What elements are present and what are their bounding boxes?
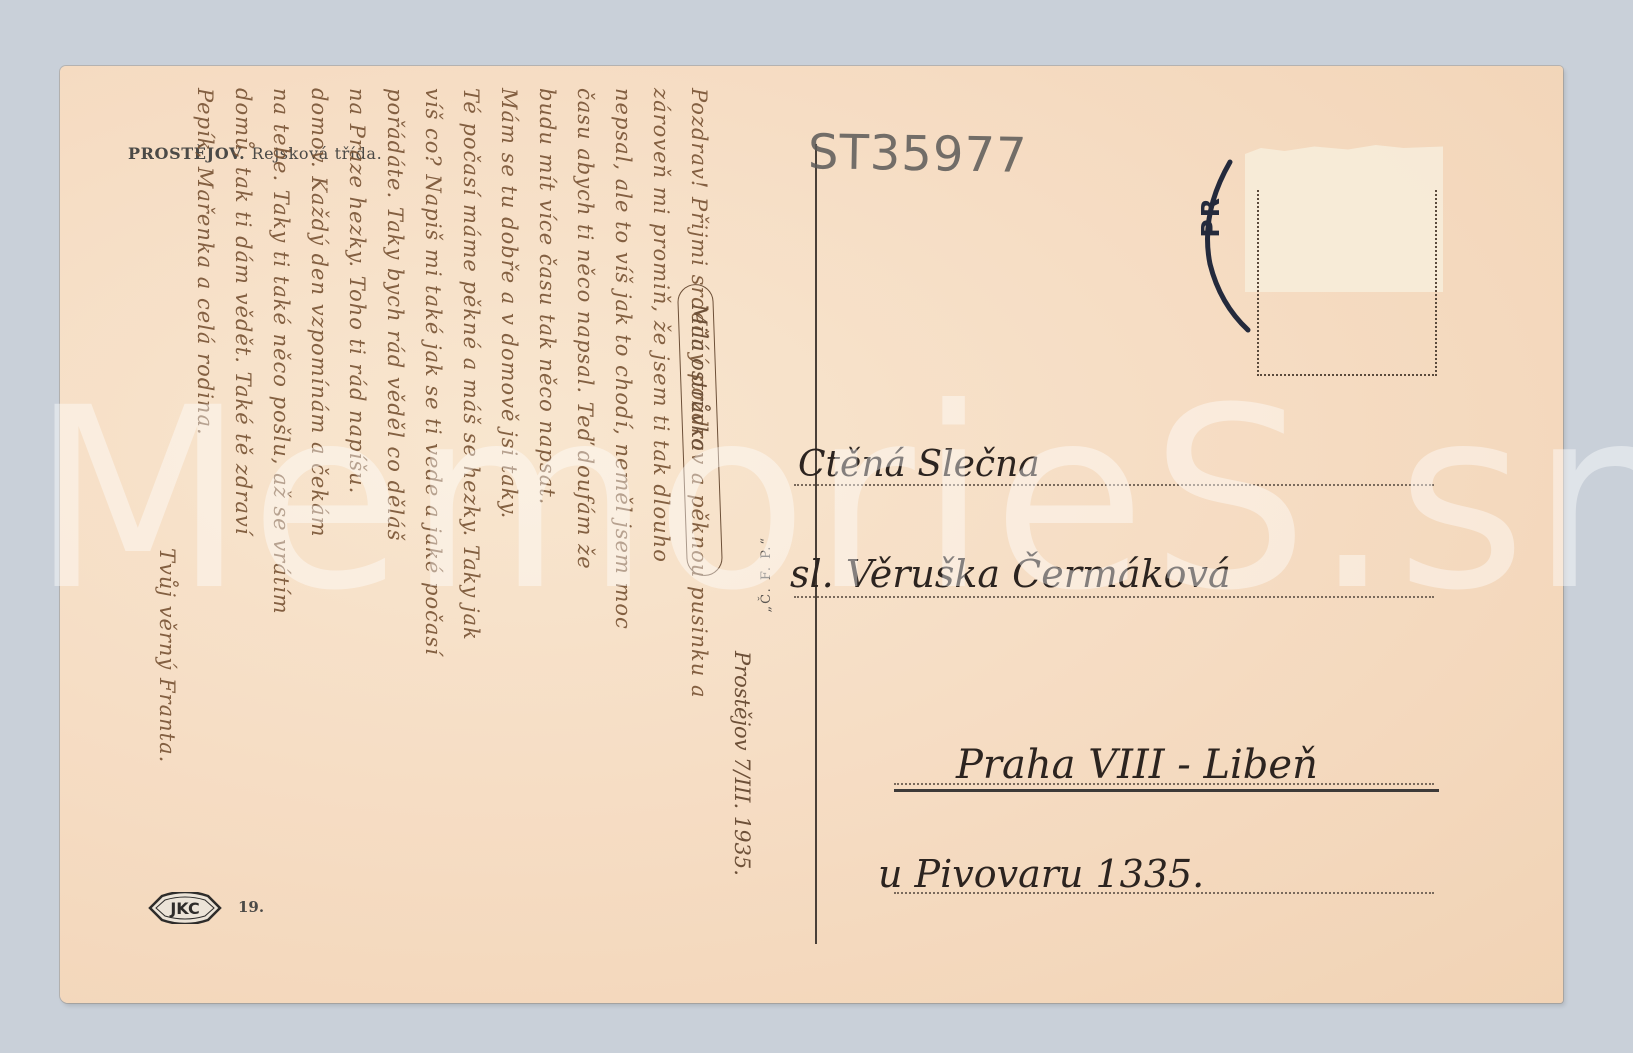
message-line: Pepík, Mařenka a celá rodina.: [194, 88, 215, 436]
address-rule-3: [894, 783, 1434, 785]
message-line: nepsal, ale to víš jak to chodí, neměl j…: [612, 88, 633, 630]
address-line-1: Ctěná Slečna: [798, 444, 1040, 485]
series-number: 19.: [238, 898, 264, 916]
address-rule-3-solid: [894, 789, 1439, 792]
message-line: na tebe. Taky ti také něco pošlu, až se …: [270, 88, 291, 615]
svg-text:JKC: JKC: [169, 899, 199, 918]
boxed-salutation: Milá ostrůvko: [687, 304, 711, 451]
jkc-logo-icon: JKC: [148, 892, 222, 924]
message-line: domů, tak ti dám vědět. Také tě zdraví: [232, 88, 253, 535]
message-line: Mám se tu dobře a v domově jsi taky.: [498, 88, 519, 519]
message-line: Té počasí máme pěkné a máš se hezky. Tak…: [460, 88, 481, 641]
message-line: víš co? Napiš mi také jak se ti vede a j…: [422, 88, 443, 656]
message-line: Tvůj věrný Franta.: [156, 548, 177, 763]
address-line-2: sl. Věruška Čermáková: [790, 552, 1231, 596]
address-line-3: Praha VIII - Libeň: [956, 742, 1318, 788]
handwritten-message: Pozdrav! Přijmi srdečný pozdrav a pěknou…: [90, 88, 780, 988]
message-line: na Praze hezky. Toho ti rád napíšu.: [346, 88, 367, 494]
address-rule-2: [794, 596, 1434, 598]
address-line-4: u Pivovaru 1335.: [878, 852, 1204, 896]
pencil-inventory-code: ST35977: [808, 124, 1028, 184]
address-rule-1: [794, 484, 1434, 486]
message-line: zároveň mi promiň, že jsem ti tak dlouho: [650, 88, 671, 563]
publisher-imprint: „Č. F. P.“: [759, 536, 774, 613]
date-place: Prostějov 7/III. 1935.: [730, 651, 754, 876]
message-line: času abych ti něco napsal. Teď doufám že: [574, 88, 595, 570]
address-rule-4: [894, 892, 1434, 894]
message-line: pořádáte. Taky bych rád věděl co děláš: [384, 88, 405, 541]
address-divider: [815, 144, 817, 944]
postcard: PROSTĚJOV. Rejsková třída. Pozdrav! Přij…: [60, 66, 1563, 1003]
message-line: budu mít více času tak něco napsat.: [536, 88, 557, 505]
message-line: domov. Každý den vzpomínám a čekám: [308, 88, 329, 538]
stamp-box: [1257, 190, 1437, 376]
postmark-fragment: PR: [1196, 196, 1225, 238]
